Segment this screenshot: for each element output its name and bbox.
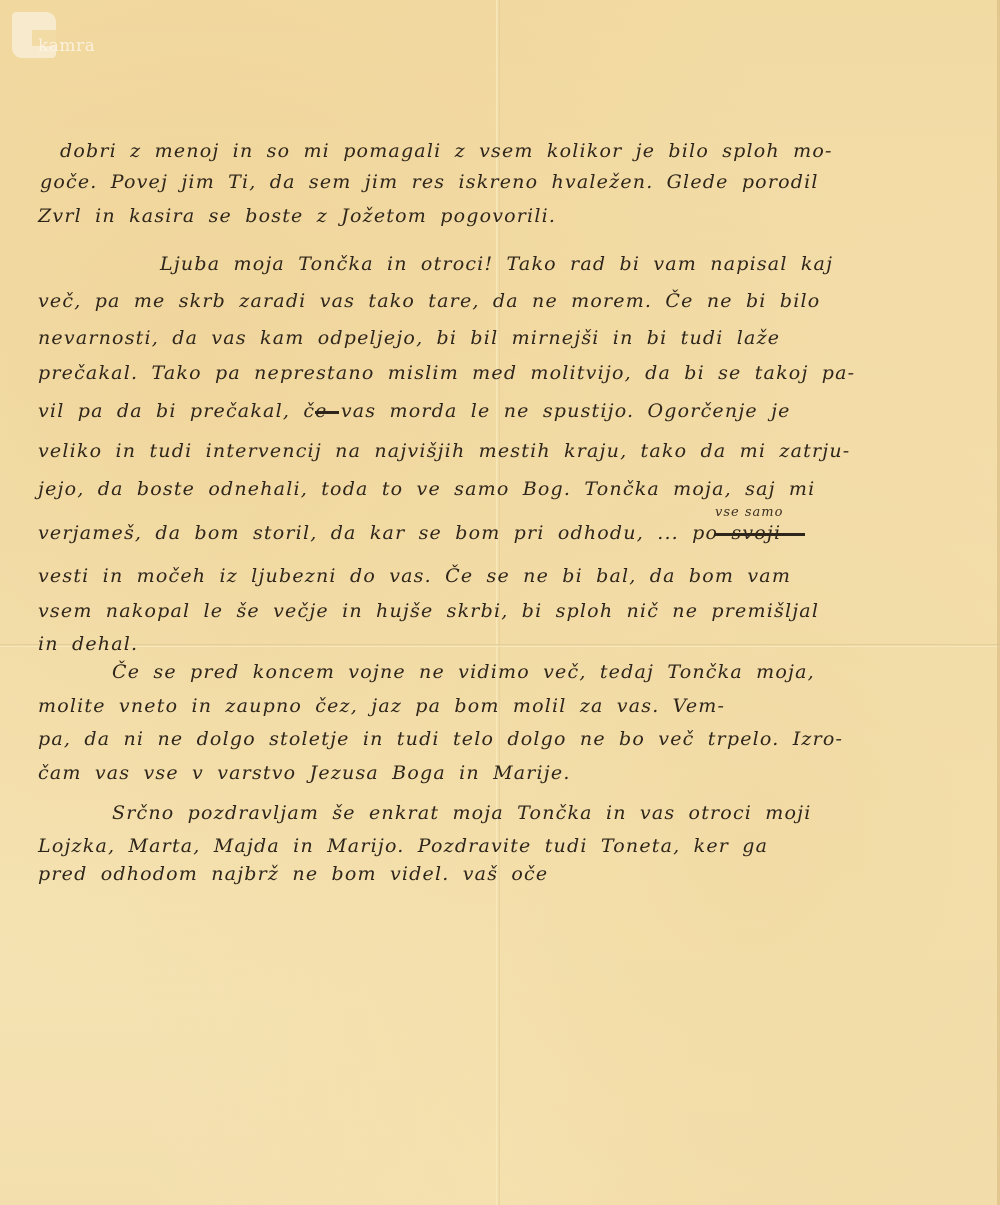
letter-line-4: Ljuba moja Tončka in otroci! Tako rad bi… [160,253,833,275]
letter-line-14: in dehal. [38,633,138,655]
letter-line-9: veliko in tudi intervencij na najvišjih … [38,440,850,462]
letter-line-6: nevarnosti, da vas kam odpeljejo, bi bil… [38,327,780,349]
watermark-text: kamra [38,36,95,56]
letter-line-5: več, pa me skrb zaradi vas tako tare, da… [38,290,820,312]
letter-line-16: molite vneto in zaupno čez, jaz pa bom m… [38,695,725,717]
letter-line-11: verjameš, da bom storil, da kar se bom p… [38,522,781,544]
inserted-correction: vse samo [715,505,783,520]
letter-line-7: prečakal. Tako pa neprestano mislim med … [38,362,855,384]
letter-line-3: Zvrl in kasira se boste z Jožetom pogovo… [38,205,556,227]
strikethrough-mark [715,533,805,536]
strikethrough-mark [315,411,339,414]
letter-line-18: čam vas vse v varstvo Jezusa Boga in Mar… [38,762,571,784]
letter-line-13: vsem nakopal le še večje in hujše skrbi,… [38,600,819,622]
kamra-watermark: kamra [12,12,122,60]
letter-line-17: pa, da ni ne dolgo stoletje in tudi telo… [38,728,843,750]
letter-line-15: Če se pred koncem vojne ne vidimo več, t… [112,661,815,683]
horizontal-fold-crease [0,644,1000,647]
letter-line-20: Lojzka, Marta, Majda in Marijo. Pozdravi… [38,835,768,857]
letter-line-12: vesti in močeh iz ljubezni do vas. Če se… [38,565,791,587]
letter-line-21-signature: pred odhodom najbrž ne bom videl. vaš oč… [38,863,548,885]
letter-line-2: goče. Povej jim Ti, da sem jim res iskre… [40,171,819,193]
letter-line-10: jejo, da boste odnehali, toda to ve samo… [38,478,815,500]
letter-line-1: dobri z menoj in so mi pomagali z vsem k… [60,140,833,162]
letter-line-19: Srčno pozdravljam še enkrat moja Tončka … [112,802,812,824]
letter-line-8: vil pa da bi prečakal, če vas morda le n… [38,400,791,422]
